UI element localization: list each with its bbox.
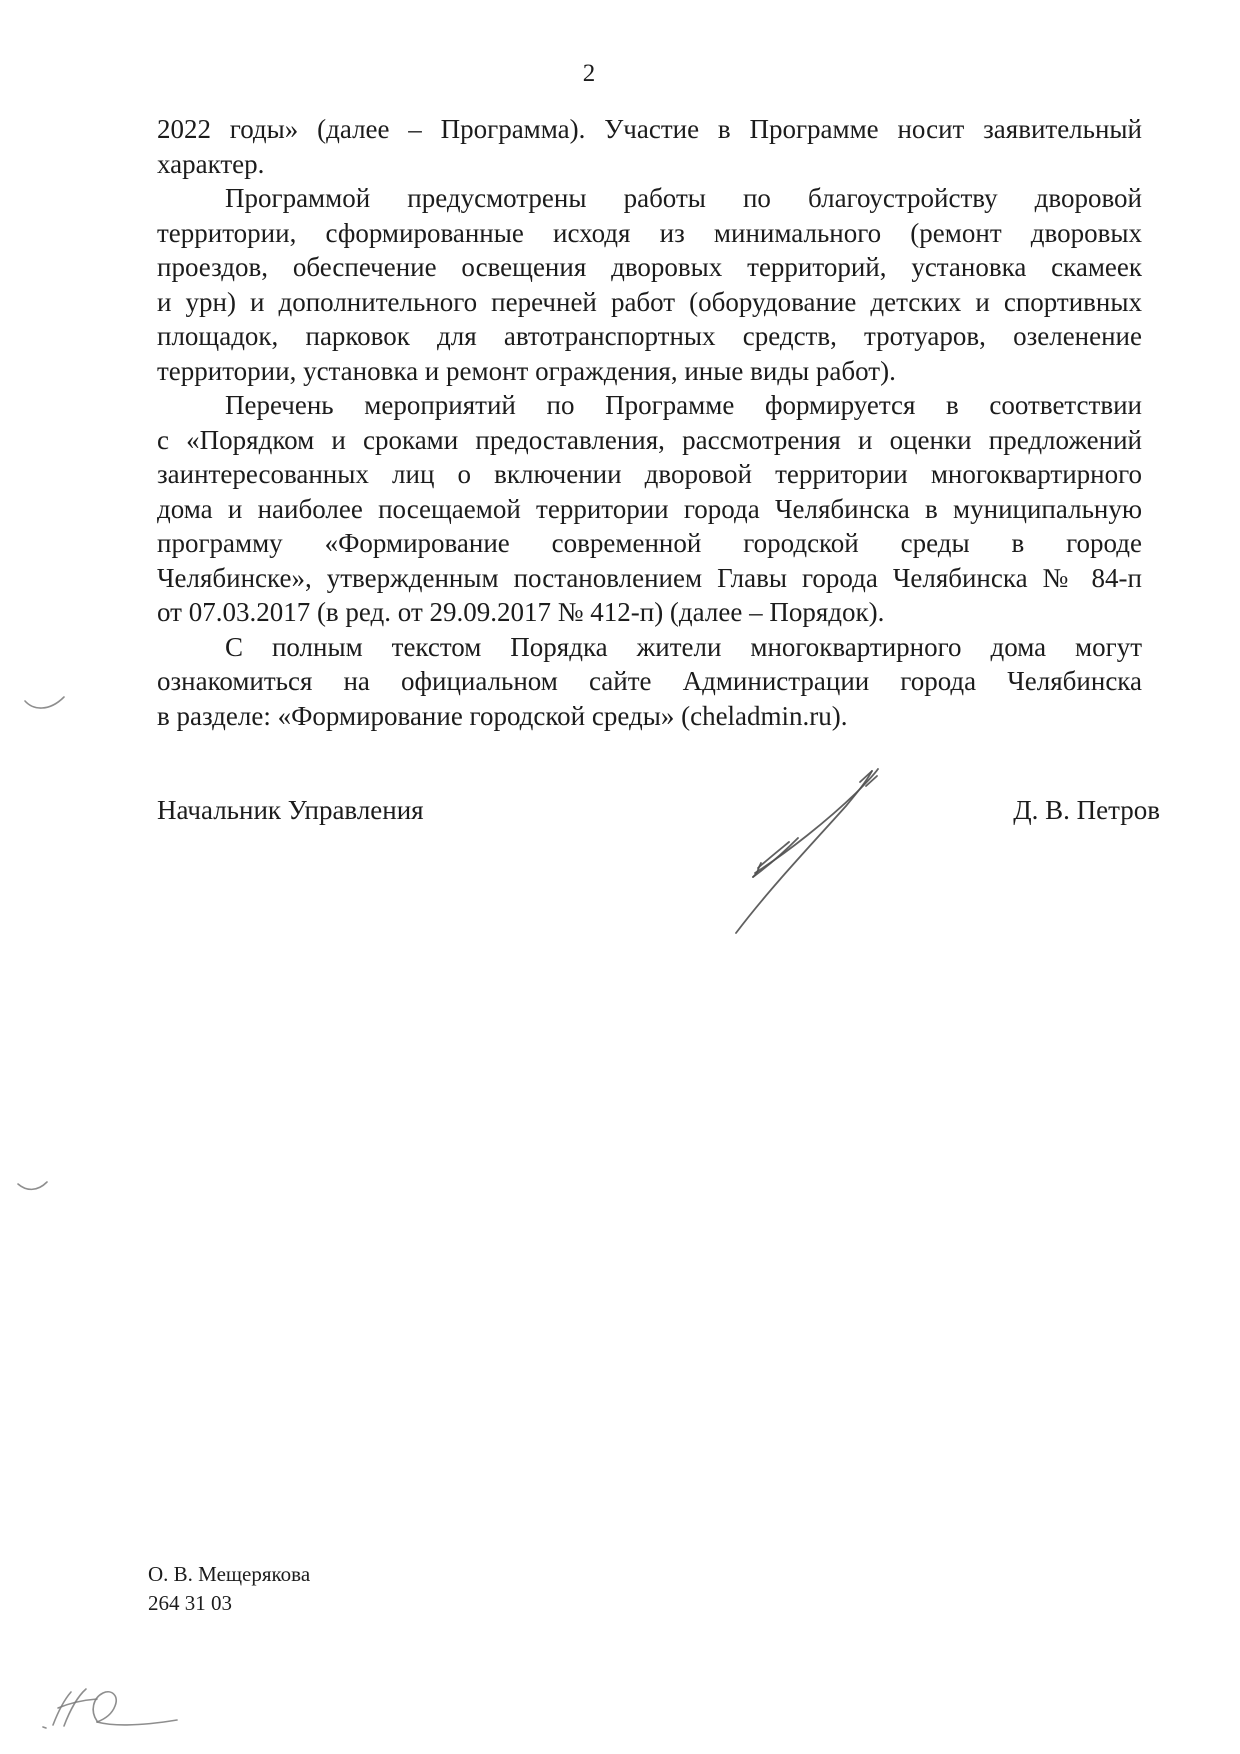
text-line: и урн) и дополнительного перечней работ … xyxy=(157,285,1142,320)
text-line: заинтересованных лиц о включении дворово… xyxy=(157,457,1142,492)
executor-phone: 264 31 03 xyxy=(148,1589,310,1618)
document-page: 2 2022 годы» (далее – Программа). Участи… xyxy=(0,0,1240,1754)
signatory-name: Д. В. Петров xyxy=(1013,793,1160,827)
text-line: проездов, обеспечение освещения дворовых… xyxy=(157,250,1142,285)
paragraph: Перечень мероприятий по Программе формир… xyxy=(157,388,1142,630)
document-body: 2022 годы» (далее – Программа). Участие … xyxy=(157,112,1142,733)
margin-check-mark-icon xyxy=(18,1182,47,1189)
signatory-title: Начальник Управления xyxy=(157,793,424,827)
text-line: площадок, парковок для автотранспортных … xyxy=(157,319,1142,354)
text-line: от 07.03.2017 (в ред. от 29.09.2017 № 41… xyxy=(157,595,1142,630)
paragraph: Программой предусмотрены работы по благо… xyxy=(157,181,1142,388)
text-line: ознакомиться на официальном сайте Админи… xyxy=(157,664,1142,699)
margin-check-mark-icon xyxy=(25,697,64,708)
paragraph: 2022 годы» (далее – Программа). Участие … xyxy=(157,112,1142,181)
text-line: Перечень мероприятий по Программе формир… xyxy=(157,388,1142,423)
text-line: с «Порядком и сроками предоставления, ра… xyxy=(157,423,1142,458)
text-line: дома и наиболее посещаемой территории го… xyxy=(157,492,1142,527)
page-number: 2 xyxy=(157,60,1021,88)
text-line: программу «Формирование современной горо… xyxy=(157,526,1142,561)
text-line: территории, сформированные исходя из мин… xyxy=(157,216,1142,251)
signature-row: Начальник Управления Д. В. Петров xyxy=(157,793,1160,827)
text-line: 2022 годы» (далее – Программа). Участие … xyxy=(157,112,1142,147)
paragraph: С полным текстом Порядка жители многоква… xyxy=(157,630,1142,734)
executor-name: О. В. Мещерякова xyxy=(148,1560,310,1589)
executor-note: О. В. Мещерякова 264 31 03 xyxy=(148,1560,310,1618)
handwritten-initials-icon xyxy=(43,1689,177,1728)
text-line: территории, установка и ремонт ограждени… xyxy=(157,354,1142,389)
text-line: в разделе: «Формирование городской среды… xyxy=(157,699,1142,734)
text-line: Челябинске», утвержденным постановлением… xyxy=(157,561,1142,596)
text-line: характер. xyxy=(157,147,1142,182)
text-line: Программой предусмотрены работы по благо… xyxy=(157,181,1142,216)
text-line: С полным текстом Порядка жители многоква… xyxy=(157,630,1142,665)
